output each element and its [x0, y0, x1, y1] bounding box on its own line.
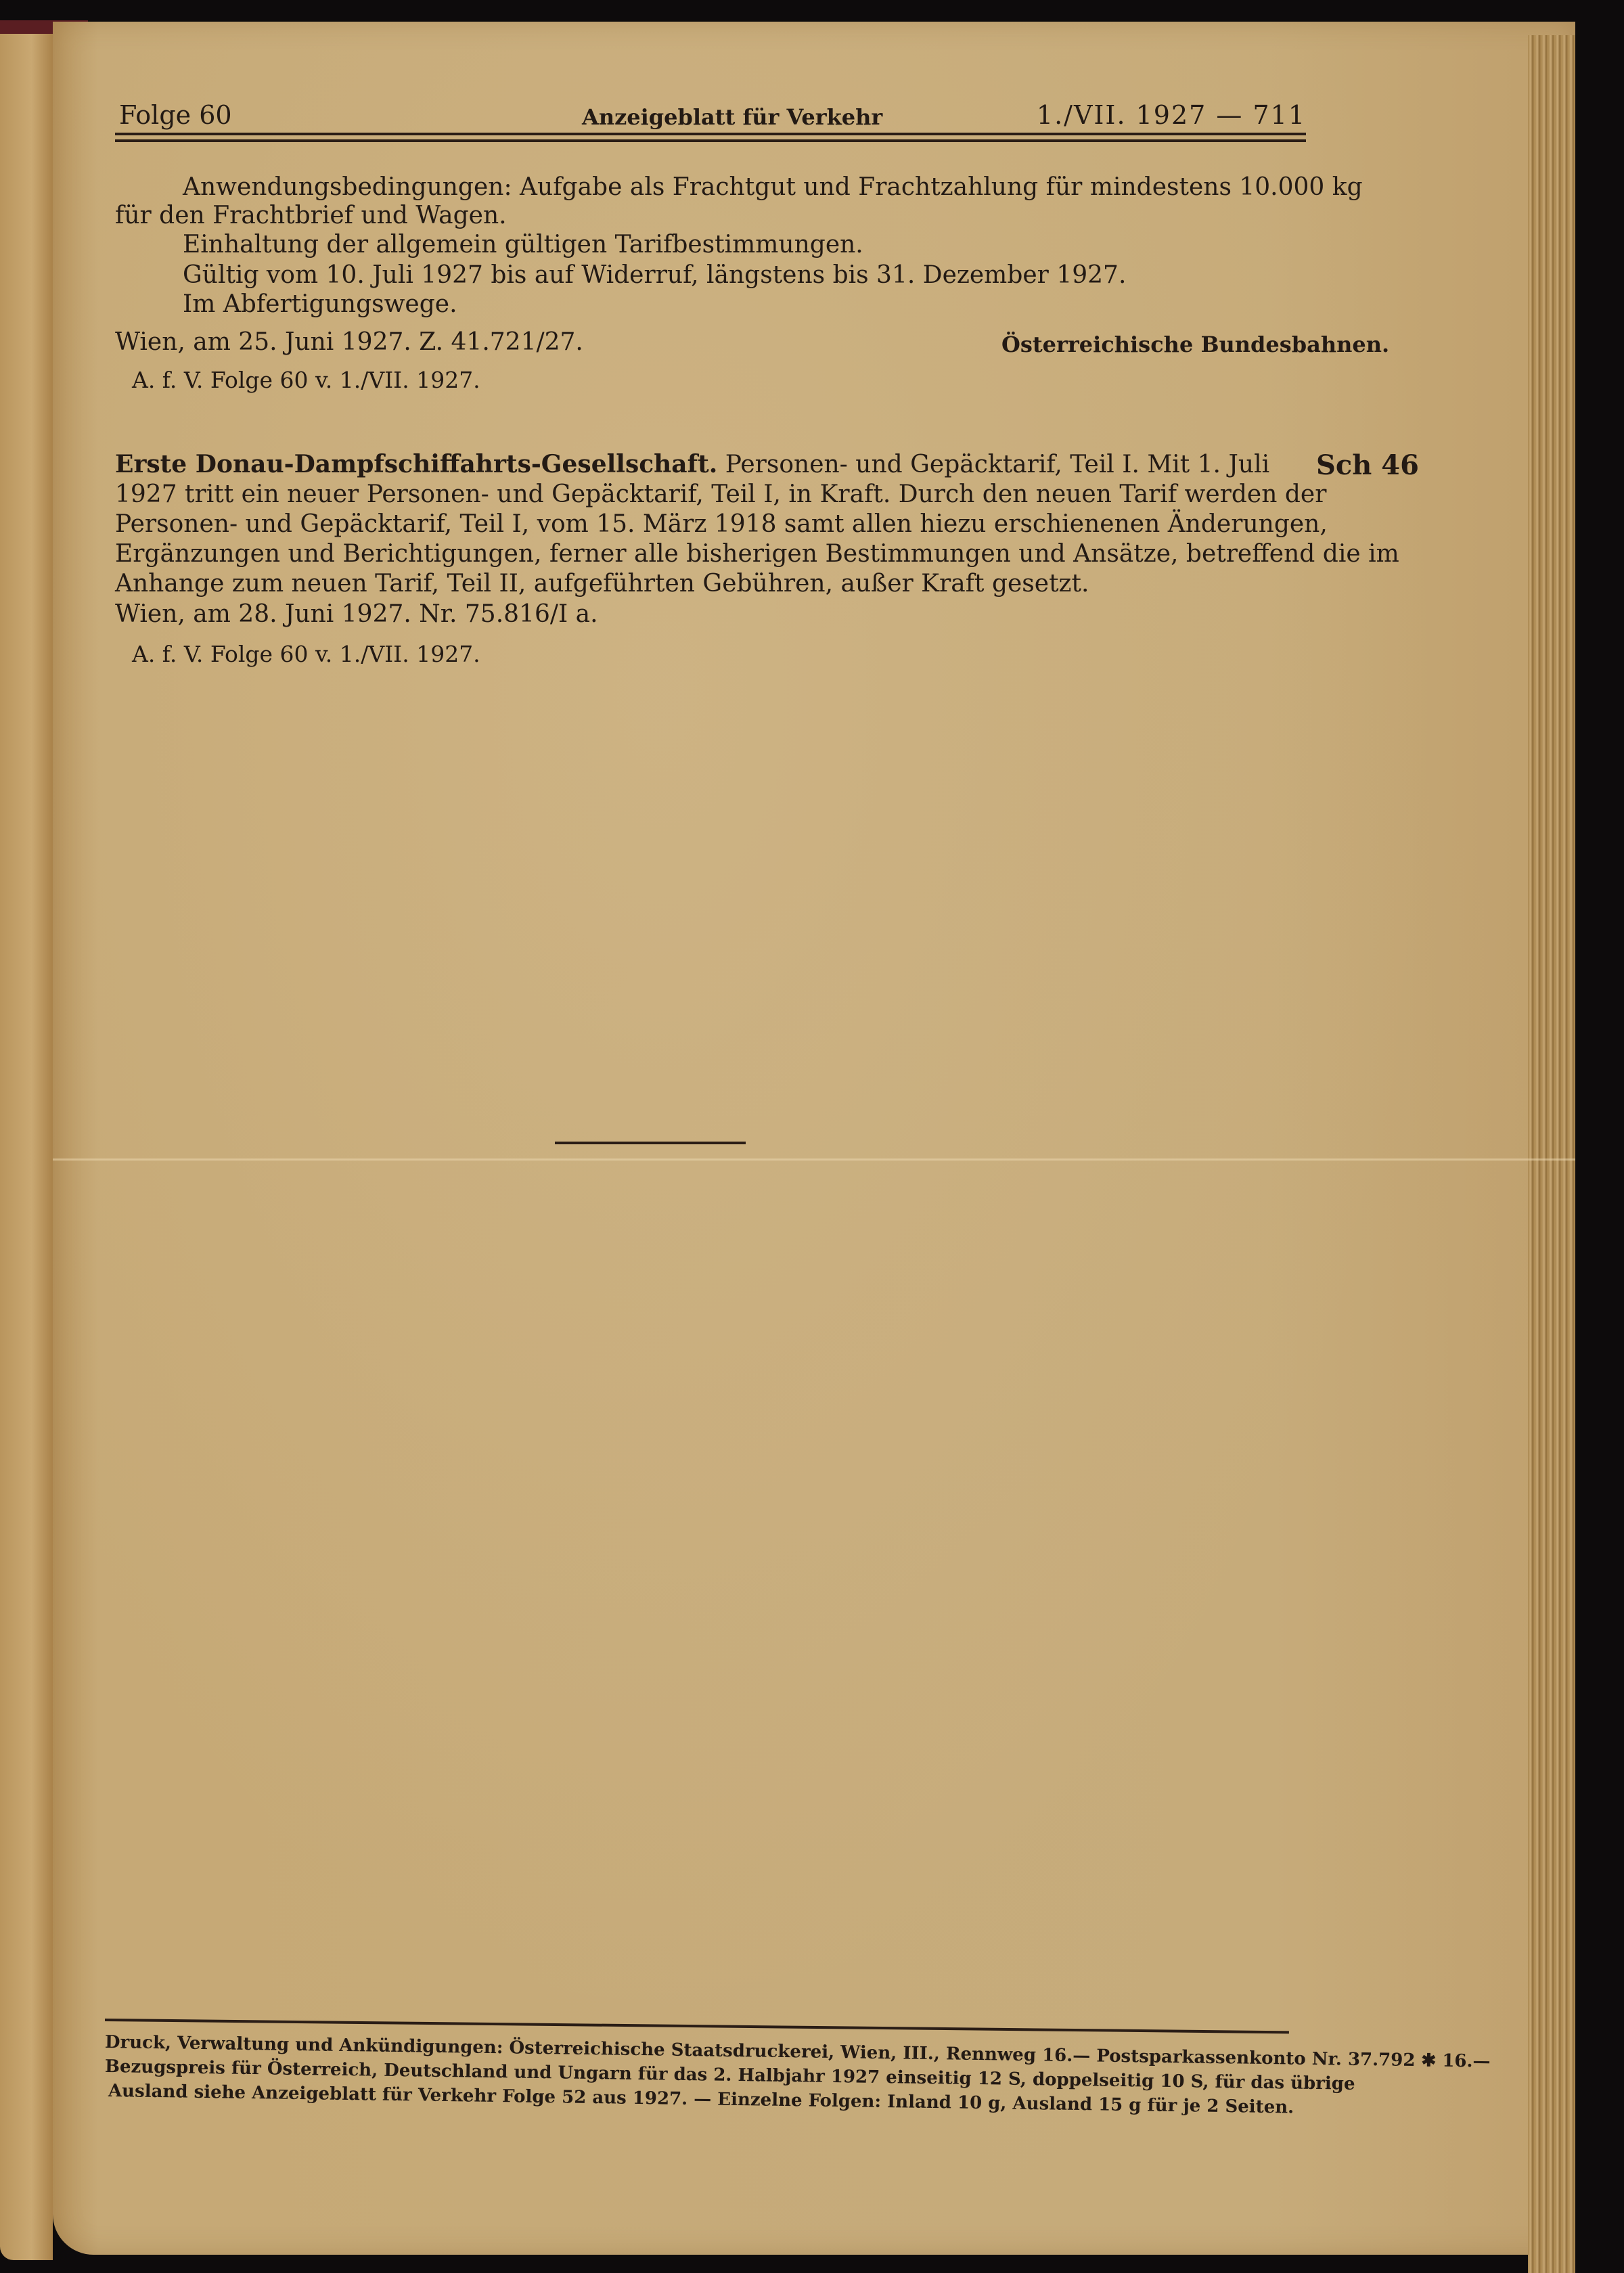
- compliance-line: Einhaltung der allgemein gültigen Tarifb…: [183, 230, 863, 260]
- place-date-reference: Wien, am 25. Juni 1927. Z. 41.721/27.: [115, 328, 583, 357]
- conditions-line-1: Anwendungsbedingungen: Aufgabe als Frach…: [183, 173, 1363, 202]
- citation-2: A. f. V. Folge 60 v. 1./VII. 1927.: [132, 639, 480, 669]
- citation: A. f. V. Folge 60 v. 1./VII. 1927.: [132, 365, 480, 395]
- page-fold-crease: [53, 1158, 1575, 1161]
- notice-2-line-5: Anhange zum neuen Tarif, Teil II, aufgef…: [115, 569, 1089, 599]
- facing-page-edge: [0, 34, 53, 2260]
- notice-2-line-4: Ergänzungen und Berichtigungen, ferner a…: [115, 539, 1399, 569]
- company-name: Erste Donau-Dampfschiffahrts-Gesellschaf…: [115, 450, 717, 478]
- place-date-reference-2: Wien, am 28. Juni 1927. Nr. 75.816/I a.: [115, 600, 598, 629]
- notice-2-first-line: Erste Donau-Dampfschiffahrts-Gesellschaf…: [115, 449, 1269, 480]
- publication-title: Anzeigeblatt für Verkehr: [582, 104, 882, 130]
- notice-2-line-3: Personen- und Gepäcktarif, Teil I, vom 1…: [115, 510, 1328, 539]
- signature-authority: Österreichische Bundesbahnen.: [1001, 332, 1389, 357]
- issue-number: Folge 60: [119, 100, 232, 130]
- date-page-number: 1./VII. 1927 — 711: [1037, 100, 1306, 130]
- header-rule-top: [115, 133, 1306, 135]
- conditions-line-2: für den Frachtbrief und Wagen.: [115, 201, 507, 231]
- running-header: Folge 60 Anzeigeblatt für Verkehr 1./VII…: [115, 100, 1306, 134]
- page-stack-edges: [1528, 35, 1575, 2273]
- validity-line: Gültig vom 10. Juli 1927 bis auf Widerru…: [183, 261, 1126, 290]
- header-rule-bottom: [115, 139, 1306, 142]
- section-divider: [555, 1142, 746, 1144]
- margin-code: Sch 46: [1316, 449, 1419, 481]
- notice-2-line-1: Personen- und Gepäcktarif, Teil I. Mit 1…: [725, 451, 1269, 478]
- notice-2-line-2: 1927 tritt ein neuer Personen- und Gepäc…: [115, 480, 1326, 510]
- procedure-line: Im Abfertigungswege.: [183, 290, 457, 319]
